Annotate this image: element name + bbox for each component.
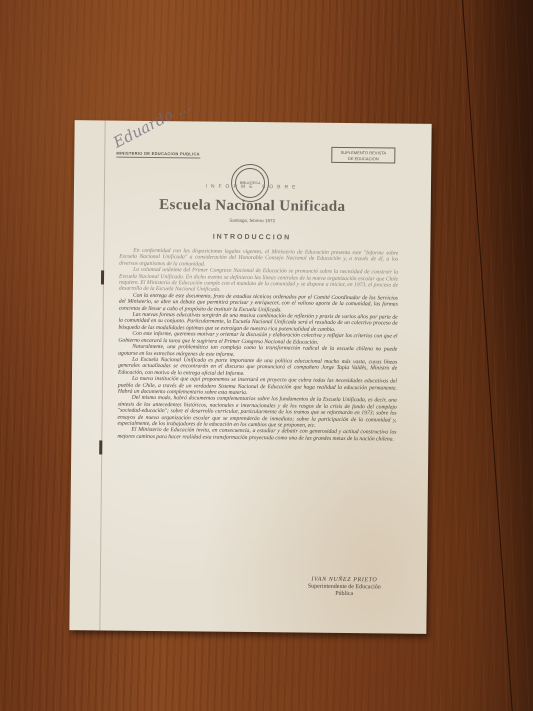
signature-block: IVAN NUÑEZ PRIETO Superintendente de Edu… <box>308 577 381 599</box>
supplement-line-2: DE EDUCACION <box>332 156 394 163</box>
handwritten-signature: Eduardo ... <box>110 97 193 152</box>
section-heading: INTRODUCCION <box>73 232 430 243</box>
staple-bottom <box>99 440 102 454</box>
document-body: En conformidad con las disposiciones leg… <box>117 248 398 443</box>
paragraph: Del mismo modo, habrá documentos complem… <box>117 395 396 430</box>
dateline: Santiago, febrero 1973 <box>74 216 431 225</box>
signer-title-2: Pública <box>308 591 381 599</box>
paragraph: El Ministerio de Educación invita, en co… <box>117 427 396 443</box>
staple-top <box>101 270 104 284</box>
paragraph: La voluntad unánime del Primer Congreso … <box>119 267 398 296</box>
supplement-box: SUPLEMENTO REVISTA DE EDUCACION <box>331 147 395 164</box>
ministry-header: MINISTERIO DE EDUCACION PUBLICA <box>116 151 200 159</box>
document-page: Eduardo ... MINISTERIO DE EDUCACION PUBL… <box>69 120 431 634</box>
document-title: Escuela Nacional Unificada <box>74 196 431 217</box>
table-edge <box>462 0 533 711</box>
